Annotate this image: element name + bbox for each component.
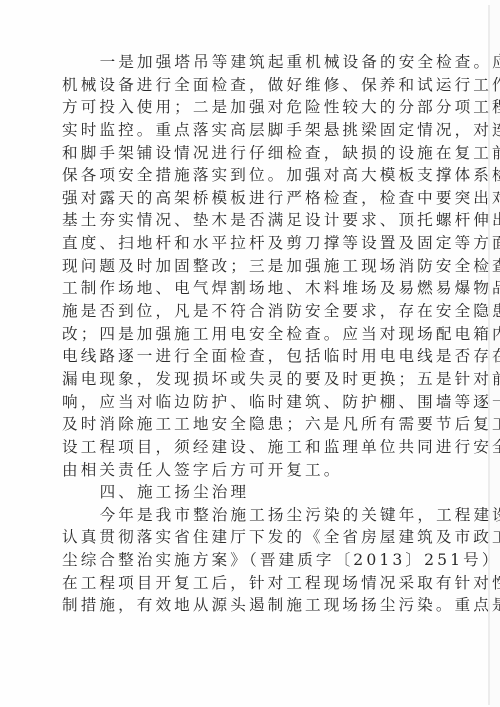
text-line: 一是加强塔吊等建筑起重机械设备的安全检查。应当对现场各类 bbox=[62, 51, 438, 74]
text-line: 设工程项目，须经建设、施工和监理单位共同进行安全生产专项检查， bbox=[62, 436, 438, 459]
text-line: 今年是我市整治施工扬尘污染的关键年，工程建设各责任主体应 bbox=[62, 504, 438, 527]
text-line: 方可投入使用；二是加强对危险性较大的分部分项工程的安全检查和 bbox=[62, 96, 438, 119]
text-line: 及时消除施工工地安全隐患；六是凡所有需要节后复工和新开工的建 bbox=[62, 413, 438, 436]
text-line: 电线路逐一进行全面检查，包括临时用电电线是否存在浸水、老化、 bbox=[62, 345, 438, 368]
text-line: 改；四是加强施工用电安全检查。应当对现场配电箱内各配件以及配 bbox=[62, 323, 438, 346]
text-line: 实时监控。重点落实高层脚手架悬挑梁固定情况，对连墙件、安全网 bbox=[62, 119, 438, 142]
text-line: 漏电现象，发现损坏或失灵的要及时更换；五是针对前期雨雪天气影 bbox=[62, 368, 438, 391]
text-line: 尘综合整治实施方案》（晋建质字〔2013〕251号）的通知文件精神， bbox=[62, 549, 438, 572]
paragraph-dust-control: 今年是我市整治施工扬尘污染的关键年，工程建设各责任主体应 认真贯彻落实省住建厅下… bbox=[62, 504, 438, 617]
text-line: 强对露天的高架桥模板进行严格检查，检查中要突出对模板立杆底部 bbox=[62, 187, 438, 210]
text-line: 由相关责任人签字后方可开复工。 bbox=[62, 459, 438, 482]
text-line: 响，应当对临边防护、临时建筑、防护棚、围墙等逐一进行全面检查， bbox=[62, 391, 438, 414]
text-line: 机械设备进行全面检查，做好维修、保养和试运行工作，确保安全后， bbox=[62, 74, 438, 97]
paragraph-safety-inspection: 一是加强塔吊等建筑起重机械设备的安全检查。应当对现场各类 机械设备进行全面检查，… bbox=[62, 51, 438, 481]
text-line: 制措施，有效地从源头遏制施工现场扬尘污染。重点是做到以下方面： bbox=[62, 594, 438, 617]
document-page: 一是加强塔吊等建筑起重机械设备的安全检查。应当对现场各类 机械设备进行全面检查，… bbox=[0, 0, 500, 707]
document-body: 一是加强塔吊等建筑起重机械设备的安全检查。应当对现场各类 机械设备进行全面检查，… bbox=[62, 51, 438, 617]
text-line: 直度、扫地杆和水平拉杆及剪刀撑等设置及固定等方面进行排查，发 bbox=[62, 232, 438, 255]
text-line: 现问题及时加固整改；三是加强施工现场消防安全检查。重点检查木 bbox=[62, 255, 438, 278]
text-line: 保各项安全措施落实到位。加强对高大模板支撑体系检查，尤其要加 bbox=[62, 164, 438, 187]
text-line: 和脚手架铺设情况进行仔细检查，缺损的设施在复工前及时修补，确 bbox=[62, 142, 438, 165]
text-line: 认真贯彻落实省住建厅下发的《全省房屋建筑及市政工程施工工地扬 bbox=[62, 526, 438, 549]
text-line: 工制作场地、电气焊割场地、木料堆场及易燃易爆物品仓库的安全措 bbox=[62, 277, 438, 300]
text-line: 在工程项目开复工后，针对工程现场情况采取有针对性的扬尘污染控 bbox=[62, 572, 438, 595]
section-heading: 四、施工扬尘治理 bbox=[62, 481, 438, 504]
text-line: 施是否到位，凡是不符合消防安全要求，存在安全隐患的，应立即整 bbox=[62, 300, 438, 323]
text-line: 基土夯实情况、垫木是否满足设计要求、顶托螺杆伸出长度、立杆垂 bbox=[62, 209, 438, 232]
